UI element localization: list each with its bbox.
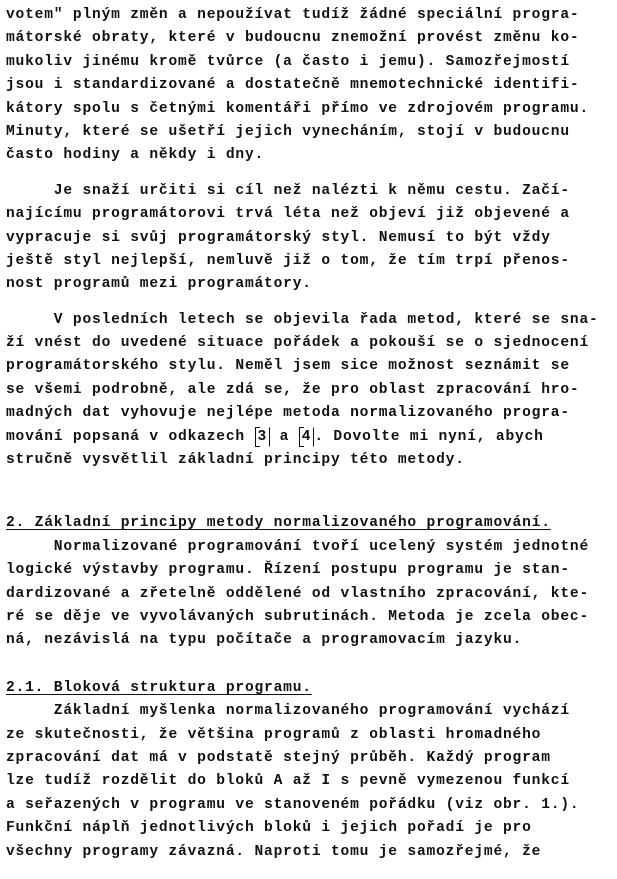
- text-line: Základní myšlenka normalizovaného progra…: [6, 700, 617, 723]
- text-line: votem" plným změn a nepoužívat tudíž žád…: [6, 4, 617, 27]
- text-line: programátorského stylu. Neměl jsem sice …: [6, 355, 617, 378]
- typewritten-page: votem" plným změn a nepoužívat tudíž žád…: [6, 4, 617, 864]
- paragraph-goal: Je snaží určiti si cíl než nalézti k něm…: [6, 180, 617, 297]
- text-line: všechny programy závazná. Naproti tomu j…: [6, 841, 617, 864]
- text-line: Funkční náplň jednotlivých bloků i jejic…: [6, 817, 617, 840]
- text-line: ží vnést do uvedené situace pořádek a po…: [6, 332, 617, 355]
- text-line: ze skutečnosti, že většina programů z ob…: [6, 724, 617, 747]
- text-line-with-references: mování popsaná v odkazech 3 a 4. Dovolte…: [6, 426, 617, 449]
- text-line: ještě styl nejlepší, nemluvě již o tom, …: [6, 250, 617, 273]
- text-line: nost programů mezi programátory.: [6, 273, 617, 296]
- text-line: logické výstavby programu. Řízení postup…: [6, 559, 617, 582]
- reference-4: 4: [299, 427, 315, 447]
- text-line: jsou i standardizované a dostatečně mnem…: [6, 74, 617, 97]
- text-line: mukoliv jinému kromě tvůrce (a často i j…: [6, 51, 617, 74]
- text-line: mátorské obraty, které v budoucnu znemož…: [6, 27, 617, 50]
- text-line: ré se děje ve vyvolávaných subrutinách. …: [6, 606, 617, 629]
- ref-line-middle: a: [270, 429, 299, 445]
- subsection-heading: 2.1. Bloková struktura programu.: [6, 677, 617, 700]
- paragraph-intro-continuation: votem" plným změn a nepoužívat tudíž žád…: [6, 4, 617, 168]
- text-line: Je snaží určiti si cíl než nalézti k něm…: [6, 180, 617, 203]
- section-2-1: 2.1. Bloková struktura programu. Základn…: [6, 677, 617, 864]
- text-line: Normalizované programování tvoří ucelený…: [6, 536, 617, 559]
- text-line: a seřazených v programu ve stanoveném po…: [6, 794, 617, 817]
- ref-line-prefix: mování popsaná v odkazech: [6, 429, 255, 445]
- text-line: se všemi podrobně, ale zdá se, že pro ob…: [6, 379, 617, 402]
- text-line: madných dat vyhovuje nejlépe metoda norm…: [6, 402, 617, 425]
- text-line: V posledních letech se objevila řada met…: [6, 309, 617, 332]
- text-line: Minuty, které se ušetří jejich vynechání…: [6, 121, 617, 144]
- text-line: kátory spolu s četnými komentáři přímo v…: [6, 98, 617, 121]
- text-line: lze tudíž rozdělit do bloků A až I s pev…: [6, 770, 617, 793]
- section-heading: 2. Základní principy metody normalizovan…: [6, 512, 617, 535]
- text-line: vypracuje si svůj programátorský styl. N…: [6, 227, 617, 250]
- paragraph-methods: V posledních letech se objevila řada met…: [6, 309, 617, 473]
- section-2: 2. Základní principy metody normalizovan…: [6, 512, 617, 652]
- reference-3: 3: [255, 427, 271, 447]
- text-line: dardizované a zřetelně oddělené od vlast…: [6, 583, 617, 606]
- text-line: zpracování dat má v podstatě stejný průb…: [6, 747, 617, 770]
- text-line: ná, nezávislá na typu počítače a program…: [6, 629, 617, 652]
- text-line: stručně vysvětlil základní principy této…: [6, 449, 617, 472]
- text-line: často hodiny a někdy i dny.: [6, 144, 617, 167]
- ref-line-suffix: . Dovolte mi nyní, abych: [314, 429, 543, 445]
- text-line: najícímu programátorovi trvá léta než ob…: [6, 203, 617, 226]
